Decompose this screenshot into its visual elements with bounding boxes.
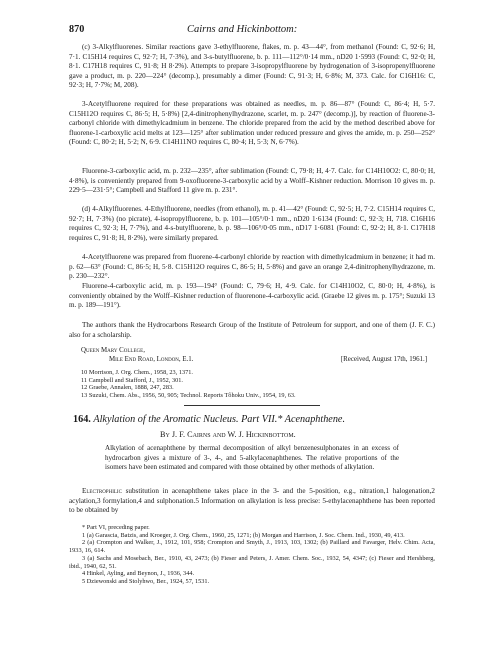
address-line-1: Queen Mary College, <box>81 347 145 354</box>
body-paragraph: Electrophilic substitution in acenaphthe… <box>69 487 435 516</box>
reference: 12 Graebe, Annalen, 1888, 247, 283. <box>81 384 441 392</box>
reference: 13 Suzuki, Chem. Abs., 1956, 50, 905; Te… <box>81 392 441 400</box>
reference: 10 Morrison, J. Org. Chem., 1958, 23, 13… <box>81 369 441 377</box>
running-header: 870 Cairns and Hickinbottom: <box>69 24 435 38</box>
article-title: 164. Alkylation of the Aromatic Nucleus.… <box>73 414 345 425</box>
reference: 11 Campbell and Stafford, J., 1952, 301. <box>81 377 441 385</box>
section-c-paragraph: (c) 3-Alkylfluorenes. Similar reactions … <box>69 43 435 91</box>
address-line-2: Mile End Road, London, E.1. <box>109 356 193 363</box>
acknowledgement: The authors thank the Hydrocarbons Resea… <box>69 321 435 340</box>
footnote: 3 (a) Sachs and Mosebach, Ber., 1910, 43… <box>69 555 435 570</box>
acid4-paragraph: Fluorene-4-carboxylic acid, m. p. 193—19… <box>69 282 435 311</box>
received-date: [Received, August 17th, 1961.] <box>341 356 427 363</box>
section-divider <box>184 405 320 406</box>
running-title: Cairns and Hickinbottom: <box>187 24 297 35</box>
acetyl4-paragraph: 4-Acetylfluorene was prepared from fluor… <box>69 253 435 282</box>
footnote: 2 (a) Crompton and Walker, J., 1912, 101… <box>69 539 435 554</box>
footnotes-bottom: * Part VI, preceding paper. 1 (a) Garasc… <box>69 524 435 586</box>
abstract: Alkylation of acenaphthene by thermal de… <box>105 444 399 473</box>
footnote: * Part VI, preceding paper. <box>69 524 435 532</box>
references-top: 10 Morrison, J. Org. Chem., 1958, 23, 13… <box>81 369 441 399</box>
byline: By J. F. Cairns and W. J. Hickinbottom. <box>160 430 296 439</box>
body-lead: Electrophilic <box>82 487 122 495</box>
article-title-text: Alkylation of the Aromatic Nucleus. Part… <box>93 414 345 425</box>
page-number: 870 <box>69 24 84 35</box>
footnote: 5 Dziewonski and Stolyhwo, Ber., 1924, 5… <box>69 578 435 586</box>
section-d-paragraph: (d) 4-Alkylfluorenes. 4-Ethylfluorene, n… <box>69 205 435 243</box>
body-text: substitution in acenaphthene takes place… <box>69 487 435 514</box>
acetyl3-paragraph: 3-Acetylfluorene required for these prep… <box>69 100 435 148</box>
article-number: 164. <box>73 414 91 425</box>
acid3-paragraph: Fluorene-3-carboxylic acid, m. p. 232—23… <box>69 167 435 196</box>
footnote: 4 Hinkel, Ayling, and Beynon, J., 1936, … <box>69 570 435 578</box>
footnote: 1 (a) Garascia, Batzis, and Kroeger, J. … <box>69 532 435 540</box>
